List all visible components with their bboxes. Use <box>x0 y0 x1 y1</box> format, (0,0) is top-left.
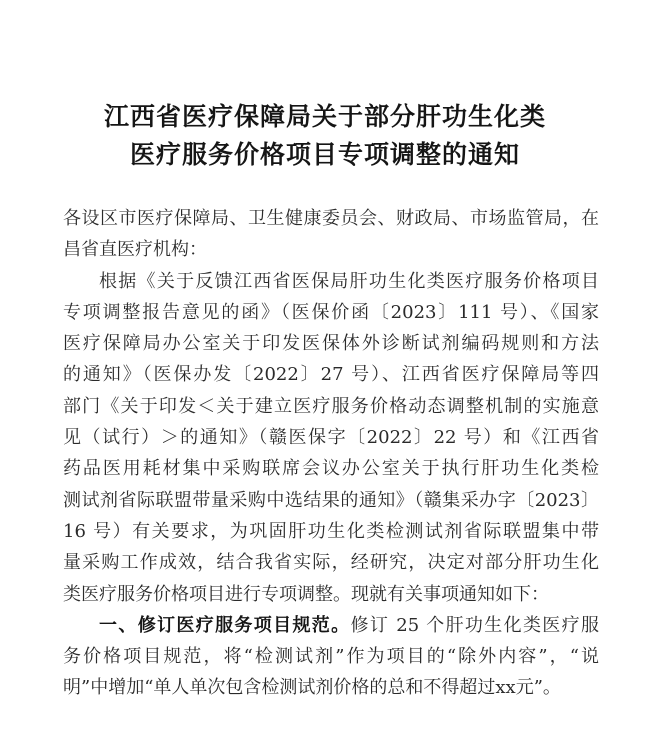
section-1-first-line: 一、修订医疗服务项目规范。修订 25 个肝功生化类医疗服 <box>63 610 599 641</box>
document-title: 江西省医疗保障局关于部分肝功生化类 医疗服务价格项目专项调整的通知 <box>0 98 650 174</box>
title-line-1: 江西省医疗保障局关于部分肝功生化类 <box>0 98 650 136</box>
paragraph-line: 见（试行）＞的通知》（赣医保字〔2022〕22 号）和《江西省 <box>63 422 599 453</box>
document-body: 各设区市医疗保障局、卫生健康委员会、财政局、市场监管局，在 昌省直医疗机构： 根… <box>63 203 599 704</box>
paragraph-line: 专项调整报告意见的函》（医保价函〔2023〕111 号）、《国家 <box>63 297 599 328</box>
paragraph-line: 类医疗服务价格项目进行专项调整。现就有关事项通知如下： <box>63 579 599 610</box>
paragraph-line: 测试剂省际联盟带量采购中选结果的通知》（赣集采办字〔2023〕 <box>63 485 599 516</box>
salutation-line-2: 昌省直医疗机构： <box>63 234 599 265</box>
paragraph-line: 的通知》（医保办发〔2022〕27 号）、江西省医疗保障局等四 <box>63 359 599 390</box>
section-1-line: 务价格项目规范，将“检测试剂”作为项目的“除外内容”，“说 <box>63 641 599 672</box>
salutation: 各设区市医疗保障局、卫生健康委员会、财政局、市场监管局，在 昌省直医疗机构： <box>63 203 599 266</box>
title-line-2: 医疗服务价格项目专项调整的通知 <box>0 136 650 174</box>
document-page: 江西省医疗保障局关于部分肝功生化类 医疗服务价格项目专项调整的通知 各设区市医疗… <box>0 0 650 736</box>
paragraph-basis: 根据《关于反馈江西省医保局肝功生化类医疗服务价格项目 专项调整报告意见的函》（医… <box>63 266 599 610</box>
section-1-heading: 一、修订医疗服务项目规范。 <box>99 615 351 636</box>
section-1-line: 明”中增加“单人单次包含检测试剂价格的总和不得超过xx元”。 <box>63 672 599 703</box>
paragraph-line: 16 号）有关要求，为巩固肝功生化类检测试剂省际联盟集中带 <box>63 516 599 547</box>
paragraph-line: 部门《关于印发＜关于建立医疗服务价格动态调整机制的实施意 <box>63 391 599 422</box>
section-1-text: 修订 25 个肝功生化类医疗服 <box>351 615 600 636</box>
paragraph-line: 量采购工作成效，结合我省实际，经研究，决定对部分肝功生化 <box>63 547 599 578</box>
section-1: 一、修订医疗服务项目规范。修订 25 个肝功生化类医疗服 务价格项目规范，将“检… <box>63 610 599 704</box>
paragraph-line: 根据《关于反馈江西省医保局肝功生化类医疗服务价格项目 <box>63 266 599 297</box>
salutation-line-1: 各设区市医疗保障局、卫生健康委员会、财政局、市场监管局，在 <box>63 203 599 234</box>
paragraph-line: 药品医用耗材集中采购联席会议办公室关于执行肝功生化类检 <box>63 453 599 484</box>
paragraph-line: 医疗保障局办公室关于印发医保体外诊断试剂编码规则和方法 <box>63 328 599 359</box>
